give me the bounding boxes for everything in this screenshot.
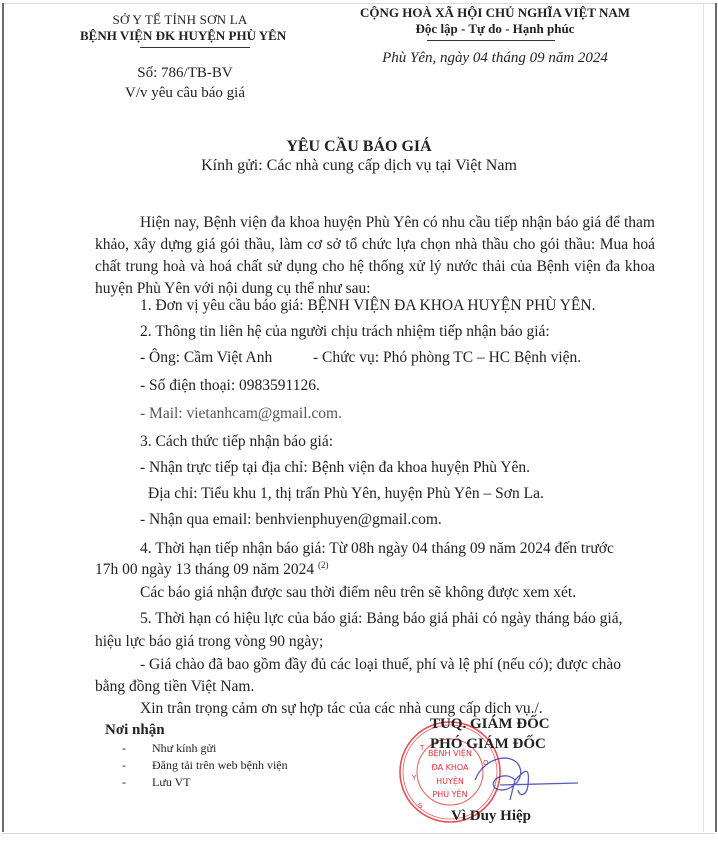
item-4-line-1: 4. Thời hạn tiếp nhận báo giá: Từ 08h ng… <box>140 540 614 558</box>
document-title: YÊU CẦU BÁO GIÁ <box>0 138 718 156</box>
item-5-line-2: hiệu lực báo giá trong vòng 90 ngày; <box>95 633 323 651</box>
place-date: Phù Yên, ngày 04 tháng 09 năm 2024 <box>350 50 640 67</box>
scan-edge-left <box>2 3 4 832</box>
recipient-item: -Như kính gửi <box>122 741 216 756</box>
department-name: SỞ Y TẾ TỈNH SƠN LA <box>80 12 280 28</box>
signature-authority: TUQ. GIÁM ĐỐC <box>430 716 550 733</box>
svg-text:T: T <box>419 744 425 752</box>
price-line-1: - Giá chào đã bao gồm đầy đủ các loại th… <box>140 656 621 674</box>
document-number: Số: 786/TB-BV <box>80 65 290 82</box>
late-note: Các báo giá nhận được sau thời điểm nêu … <box>140 584 576 602</box>
header-rule-left <box>140 47 250 48</box>
footnote-ref: (2) <box>318 560 329 570</box>
svg-text:PHÙ YÊN: PHÙ YÊN <box>432 788 467 799</box>
nation-name: CỘNG HOÀ XÃ HỘI CHỦ NGHĨA VIỆT NAM <box>350 5 640 21</box>
direct-delivery: - Nhận trực tiếp tại địa chỉ: Bệnh viện … <box>140 459 530 477</box>
email-delivery: - Nhận qua email: benhvienphuyen@gmail.c… <box>140 511 442 529</box>
signer-title: PHÓ GIÁM ĐỐC <box>430 736 546 753</box>
national-header: CỘNG HOÀ XÃ HỘI CHỦ NGHĨA VIỆT NAM Độc l… <box>350 5 640 37</box>
item-3: 3. Cách thức tiếp nhận báo giá: <box>140 433 333 451</box>
svg-text:Y: Y <box>411 774 417 782</box>
item-2: 2. Thông tin liên hệ của người chịu trác… <box>140 323 550 341</box>
svg-text:S: S <box>418 802 423 810</box>
scan-edge-inner <box>703 3 704 832</box>
greeting: Kính gửi: Các nhà cung cấp dịch vụ tại V… <box>0 157 718 175</box>
address: Địa chỉ: Tiểu khu 1, thị trấn Phù Yên, h… <box>148 485 544 503</box>
document-subject: V/v yêu câu báo giá <box>80 85 290 102</box>
issuer-block: SỞ Y TẾ TỈNH SƠN LA BỆNH VIỆN ĐK HUYỆN P… <box>80 12 280 44</box>
price-line-2: bằng đồng tiền Việt Nam. <box>95 678 254 696</box>
contact-mail: - Mail: vietanhcam@gmail.com. <box>140 405 342 423</box>
handwritten-signature <box>470 750 580 805</box>
scan-edge-right <box>715 3 717 832</box>
svg-text:HUYỆN: HUYỆN <box>436 775 464 787</box>
hospital-name: BỆNH VIỆN ĐK HUYỆN PHÙ YÊN <box>80 28 280 44</box>
item-4-line-2: 17h 00 ngày 13 tháng 09 năm 2024 (2) <box>95 560 329 579</box>
svg-text:ĐA KHOA: ĐA KHOA <box>432 763 469 772</box>
item-1: 1. Đơn vị yêu cầu báo giá: BỆNH VIỆN ĐA … <box>140 297 596 315</box>
header-rule-right <box>427 40 555 41</box>
deadline-text: 17h 00 ngày 13 tháng 09 năm 2024 <box>95 561 314 578</box>
contact-name: - Ông: Cầm Việt Anh <box>140 349 272 367</box>
signer-name: Vì Duy Hiệp <box>451 808 531 825</box>
recipients-title: Nơi nhận <box>105 722 165 739</box>
contact-position: - Chức vụ: Phó phòng TC – HC Bệnh viện. <box>313 349 581 367</box>
national-motto: Độc lập - Tự do - Hạnh phúc <box>350 21 640 37</box>
item-5-line-1: 5. Thời hạn có hiệu lực của báo giá: Bản… <box>140 610 622 628</box>
recipient-item: -Đăng tải trên web bệnh viện <box>122 758 288 773</box>
intro-paragraph: Hiện nay, Bệnh viện đa khoa huyện Phù Yê… <box>95 212 655 300</box>
recipient-item: -Lưu VT <box>122 775 191 790</box>
contact-phone: - Số điện thoại: 0983591126. <box>140 377 320 395</box>
